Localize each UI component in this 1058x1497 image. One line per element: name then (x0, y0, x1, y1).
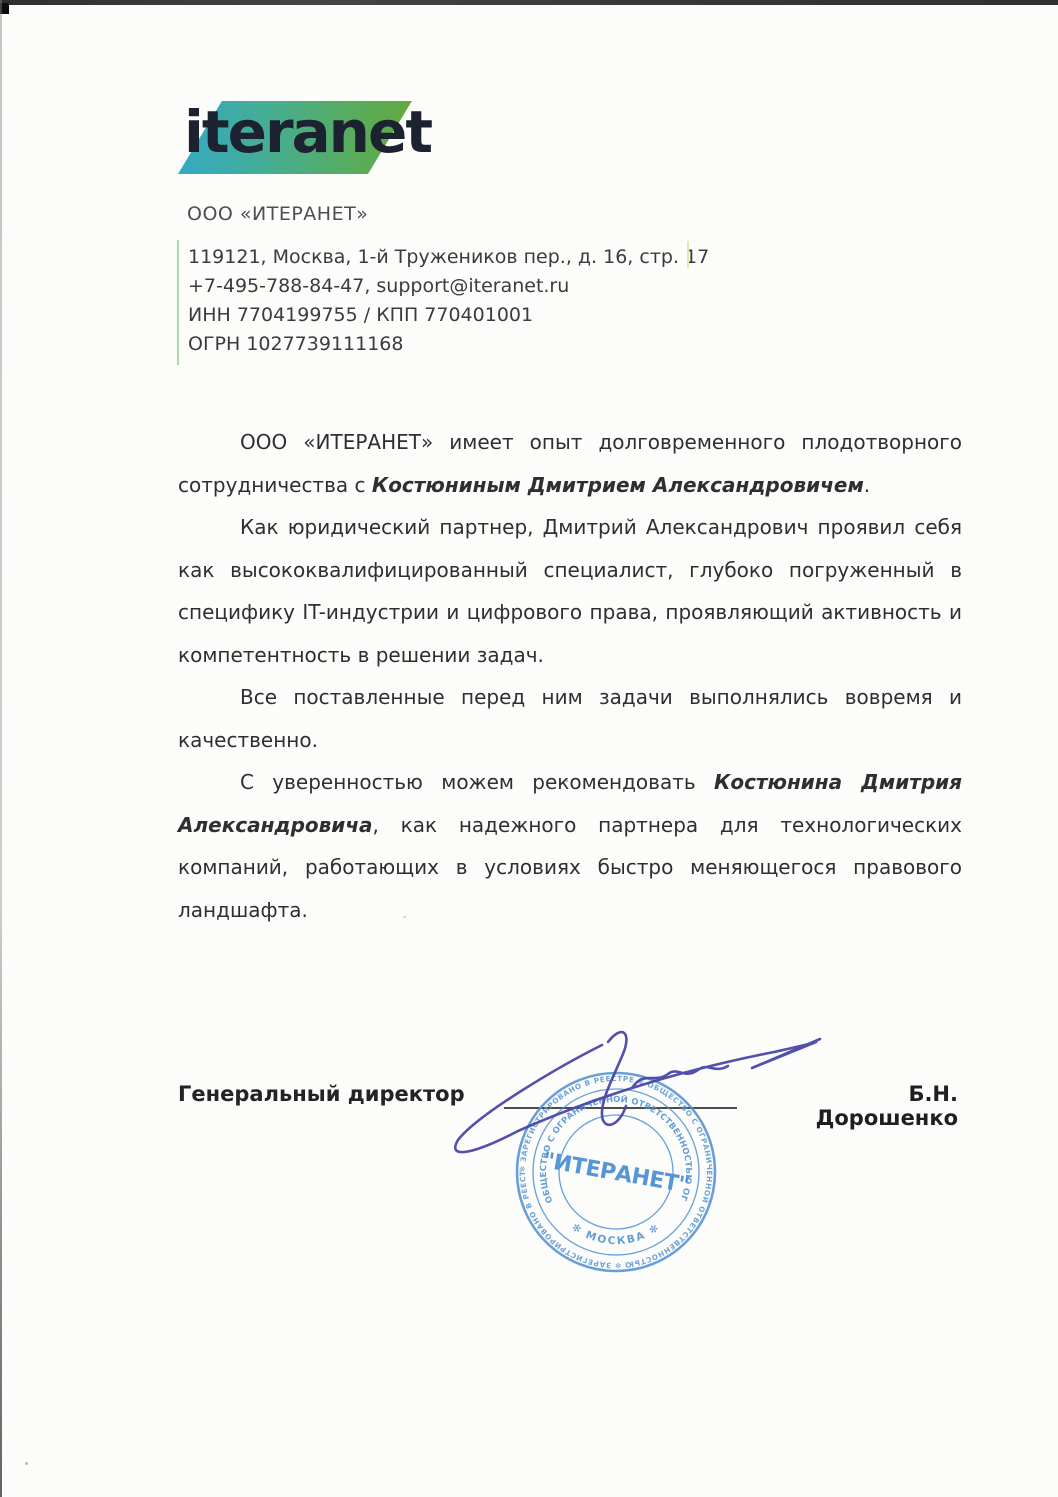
contact-inn-kpp: ИНН 7704199755 / КПП 770401001 (188, 301, 709, 330)
letterhead-contacts: 119121, Москва, 1-й Тружеников пер., д. … (177, 240, 709, 365)
paragraph-4-text: С уверенностью можем рекомендовать (240, 770, 714, 794)
logo-wordmark: iteranet (184, 103, 431, 161)
company-logo: iteranet (178, 101, 438, 181)
scan-highlight-tick (687, 241, 689, 268)
scan-edge-left (0, 0, 2, 1497)
contact-phone-email: +7-495-788-84-47, support@iteranet.ru (188, 272, 709, 301)
svg-text:✻ МОСКВА ✻: ✻ МОСКВА ✻ (569, 1221, 662, 1247)
paragraph-2: Как юридический партнер, Дмитрий Алексан… (178, 506, 962, 676)
person-name-bold: Костюниным Дмитрием Александровичем (372, 473, 864, 497)
scan-speck (25, 1462, 28, 1465)
contact-ogrn: ОГРН 1027739111168 (188, 330, 709, 359)
scan-edge-top (0, 0, 1058, 5)
paragraph-1-end: . (864, 473, 870, 497)
director-title: Генеральный директор (178, 1082, 465, 1106)
letter-body: ООО «ИТЕРАНЕТ» имеет опыт долговременног… (178, 421, 962, 931)
paragraph-3: Все поставленные перед ним задачи выполн… (178, 676, 962, 761)
letter-page: iteranet ООО «ИТЕРАНЕТ» 119121, Москва, … (0, 0, 1058, 1497)
paragraph-1: ООО «ИТЕРАНЕТ» имеет опыт долговременног… (178, 421, 962, 506)
paragraph-4: С уверенностью можем рекомендовать Костю… (178, 761, 962, 931)
contact-address: 119121, Москва, 1-й Тружеников пер., д. … (188, 243, 709, 272)
signature-ink (430, 1018, 840, 1168)
company-name-label: ООО «ИТЕРАНЕТ» (187, 203, 368, 225)
stamp-city-text: ✻ МОСКВА ✻ (569, 1221, 662, 1247)
